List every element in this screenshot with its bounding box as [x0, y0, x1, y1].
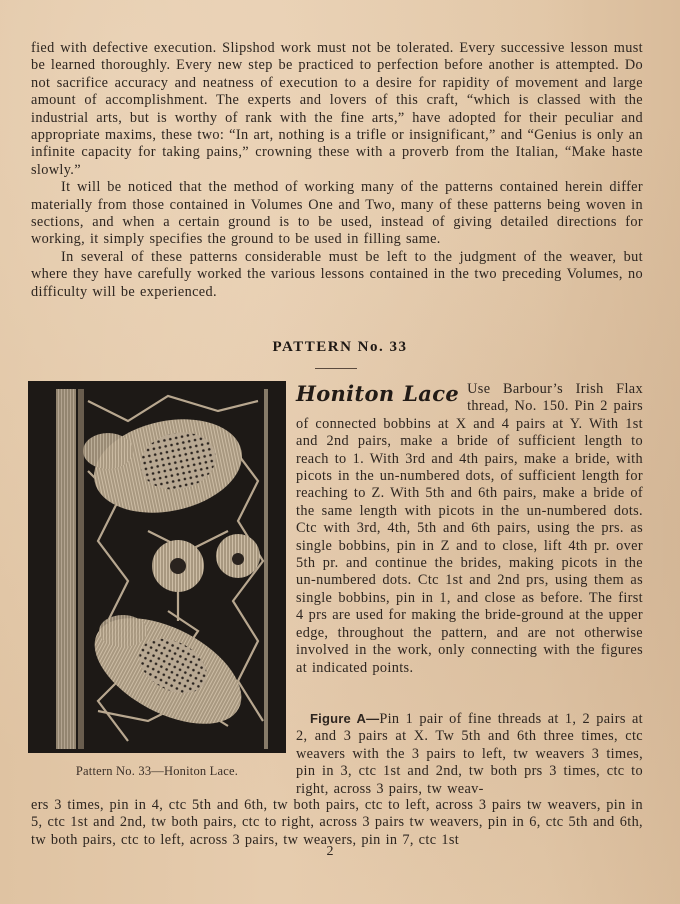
figure-a-label: Figure A— — [310, 711, 379, 726]
intro-paragraph-3: In several of these patterns considerabl… — [31, 249, 643, 301]
lace-title: Honiton Lace — [296, 381, 459, 407]
intro-paragraph-2: It will be noticed that the method of wo… — [31, 179, 643, 249]
lace-pattern-illustration — [28, 381, 286, 753]
pattern-heading: PATTERN No. 33 — [0, 339, 680, 356]
page-number: 2 — [0, 844, 660, 860]
book-page: fied with defective execution. Slipshod … — [0, 0, 680, 904]
intro-paragraph-1: fied with defective execution. Slipshod … — [31, 40, 643, 179]
heading-rule-divider — [315, 368, 357, 369]
figure-a-text-full: ers 3 times, pin in 4, ctc 5th and 6th, … — [31, 797, 643, 849]
lace-photograph — [28, 381, 286, 753]
figure-a-paragraph: Figure A—Pin 1 pair of fine threads at 1… — [296, 710, 643, 798]
figure-a-section: Figure A—Pin 1 pair of fine threads at 1… — [296, 710, 643, 798]
figure-caption: Pattern No. 33—Honiton Lace. — [28, 764, 286, 779]
instructions-paragraph: Use Barbour’s Irish Flax thread, No. 150… — [296, 381, 643, 677]
intro-text: fied with defective execution. Slipshod … — [31, 40, 643, 301]
figure-a-continuation: ers 3 times, pin in 4, ctc 5th and 6th, … — [31, 797, 643, 849]
pattern-instructions: Honiton Lace Use Barbour’s Irish Flax th… — [296, 381, 643, 677]
